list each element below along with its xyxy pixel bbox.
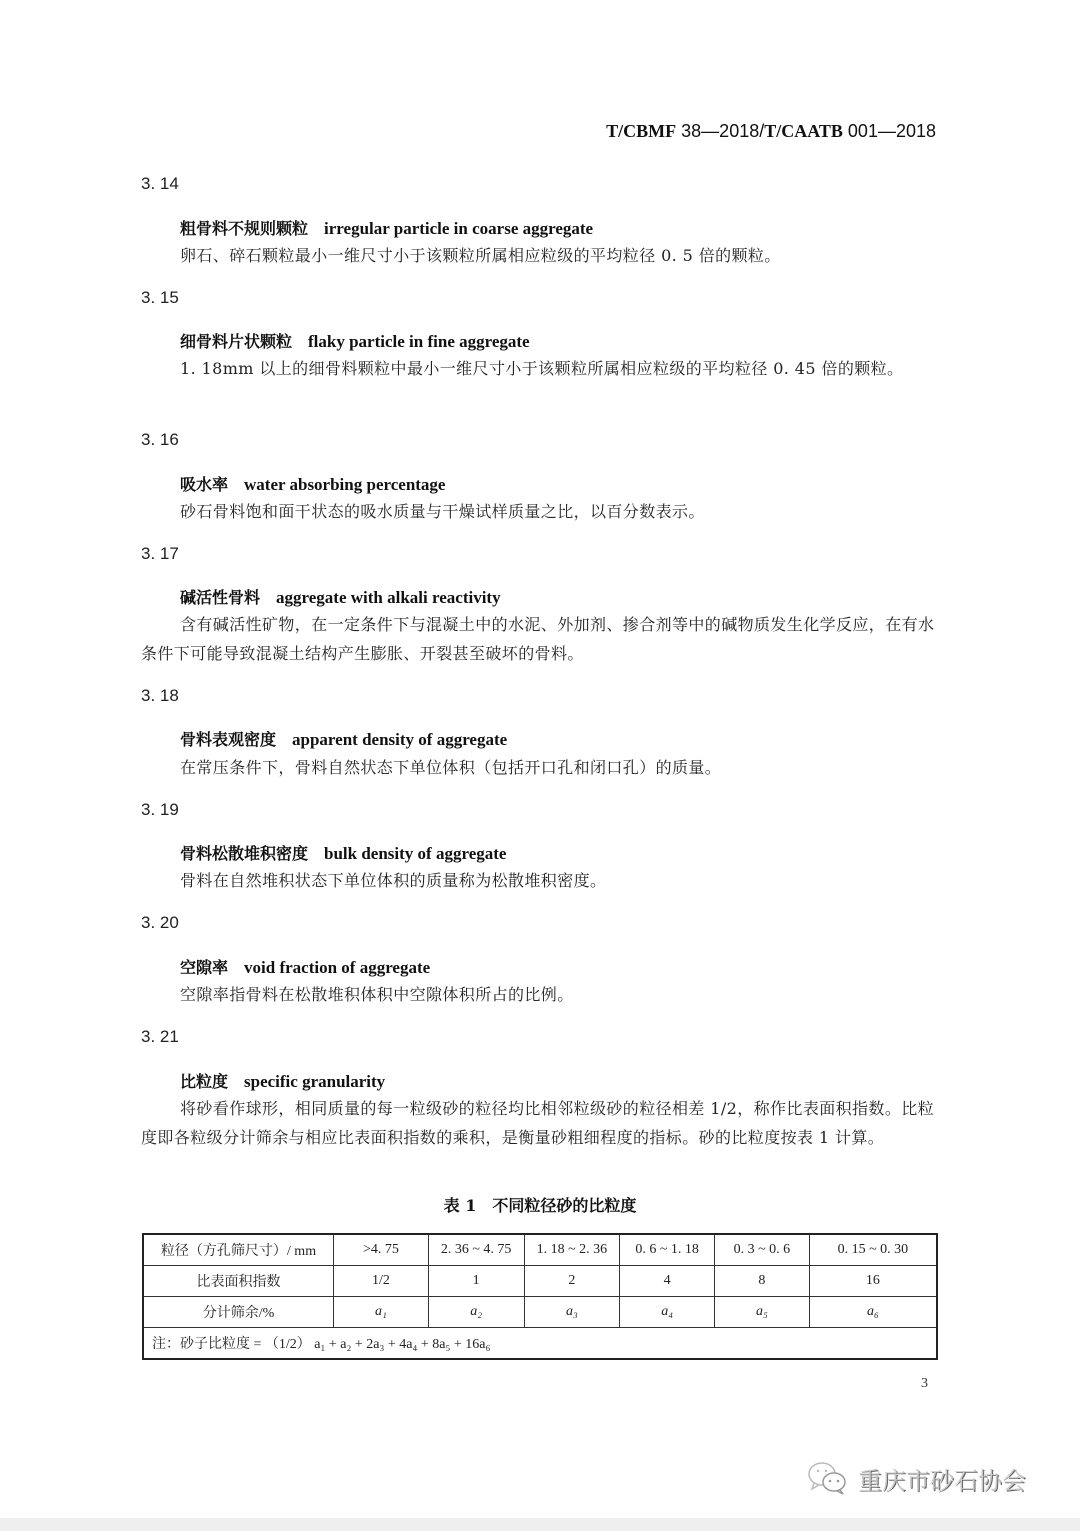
table-cell: 2. 36 ~ 4. 75 [428, 1234, 524, 1266]
table-cell: a₁ [334, 1297, 429, 1328]
term-definition: 砂石骨料饱和面干状态的吸水质量与干燥试样质量之比，以百分数表示。 [141, 497, 937, 526]
term-cn: 粗骨料不规则颗粒 [180, 219, 308, 238]
wechat-icon [806, 1460, 850, 1496]
table-cell: 4 [620, 1266, 715, 1297]
term-en: flaky particle in fine aggregate [308, 332, 530, 351]
term-en: water absorbing percentage [244, 475, 445, 494]
std1-number: 38—2018/ [676, 121, 764, 141]
section-number: 3. 21 [141, 1027, 179, 1047]
table-row: 比表面积指数 1/2 1 2 4 8 16 [143, 1266, 937, 1297]
term-definition: 在常压条件下，骨料自然状态下单位体积（包括开口孔和闭口孔）的质量。 [141, 753, 937, 782]
table-cell: 0. 6 ~ 1. 18 [620, 1234, 715, 1266]
table-cell: a₄ [620, 1297, 715, 1328]
standard-number-header: T/CBMF 38—2018/T/CAATB 001—2018 [606, 121, 936, 142]
term-cn: 碱活性骨料 [180, 588, 260, 607]
table-cell: 1/2 [334, 1266, 429, 1297]
table-row: 粒径（方孔筛尺寸）/ mm >4. 75 2. 36 ~ 4. 75 1. 18… [143, 1234, 937, 1266]
table-cell: 16 [809, 1266, 937, 1297]
specific-granularity-table: 粒径（方孔筛尺寸）/ mm >4. 75 2. 36 ~ 4. 75 1. 18… [142, 1233, 938, 1360]
table-row: 分计筛余/% a₁ a₂ a₃ a₄ a₅ a₆ [143, 1297, 937, 1328]
term-heading: 比粒度specific granularity [180, 1069, 385, 1092]
table-cell: a₃ [524, 1297, 620, 1328]
term-definition: 将砂看作球形，相同质量的每一粒级砂的粒径均比相邻粒级砂的粒径相差 1/2，称作比… [141, 1094, 937, 1152]
term-heading: 碱活性骨料aggregate with alkali reactivity [180, 585, 501, 608]
term-definition: 空隙率指骨料在松散堆积体积中空隙体积所占的比例。 [141, 980, 937, 1009]
table-cell: 2 [524, 1266, 620, 1297]
term-heading: 细骨料片状颗粒flaky particle in fine aggregate [180, 329, 530, 352]
term-en: aggregate with alkali reactivity [276, 588, 501, 607]
row-label: 粒径（方孔筛尺寸）/ mm [143, 1234, 334, 1266]
page-number: 3 [921, 1376, 928, 1392]
table-cell: a₂ [428, 1297, 524, 1328]
term-en: apparent density of aggregate [292, 730, 507, 749]
std2-prefix: T/CAATB [764, 121, 843, 141]
term-heading: 吸水率water absorbing percentage [180, 472, 445, 495]
row-label: 比表面积指数 [143, 1266, 334, 1297]
table-cell: 1 [428, 1266, 524, 1297]
term-cn: 骨料松散堆积密度 [180, 844, 308, 863]
term-en: specific granularity [244, 1072, 385, 1091]
section-number: 3. 18 [141, 686, 179, 706]
table-cell: a₅ [715, 1297, 810, 1328]
term-en: bulk density of aggregate [324, 844, 506, 863]
table-cell: 8 [715, 1266, 810, 1297]
term-en: void fraction of aggregate [244, 958, 430, 977]
term-cn: 吸水率 [180, 475, 228, 494]
table-cell: 0. 3 ~ 0. 6 [715, 1234, 810, 1266]
bottom-bar [0, 1518, 1080, 1531]
term-cn: 细骨料片状颗粒 [180, 332, 292, 351]
term-cn: 骨料表观密度 [180, 730, 276, 749]
document-page: T/CBMF 38—2018/T/CAATB 001—2018 3. 14 粗骨… [0, 0, 1080, 1531]
section-number: 3. 17 [141, 544, 179, 564]
std2-number: 001—2018 [843, 121, 936, 141]
section-number: 3. 19 [141, 800, 179, 820]
term-en: irregular particle in coarse aggregate [324, 219, 593, 238]
table-cell: a₆ [809, 1297, 937, 1328]
term-definition: 骨料在自然堆积状态下单位体积的质量称为松散堆积密度。 [141, 866, 937, 895]
term-cn: 空隙率 [180, 958, 228, 977]
section-number: 3. 16 [141, 430, 179, 450]
row-label: 分计筛余/% [143, 1297, 334, 1328]
term-heading: 骨料表观密度apparent density of aggregate [180, 727, 507, 750]
table-note: 注：砂子比粒度 = （1/2） a₁ + a₂ + 2a₃ + 4a₄ + 8a… [143, 1328, 937, 1360]
table-cell: 0. 15 ~ 0. 30 [809, 1234, 937, 1266]
term-definition: 含有碱活性矿物，在一定条件下与混凝土中的水泥、外加剂、掺合剂等中的碱物质发生化学… [141, 610, 937, 668]
section-number: 3. 15 [141, 288, 179, 308]
std1-prefix: T/CBMF [606, 121, 676, 141]
table-cell: 1. 18 ~ 2. 36 [524, 1234, 620, 1266]
table-cell: >4. 75 [334, 1234, 429, 1266]
watermark-text: 重庆市砂石协会 [858, 1461, 1026, 1496]
watermark: 重庆市砂石协会 [806, 1460, 1026, 1496]
section-number: 3. 14 [141, 174, 179, 194]
term-definition: 1. 18mm 以上的细骨料颗粒中最小一维尺寸小于该颗粒所属相应粒级的平均粒径 … [141, 354, 937, 383]
term-cn: 比粒度 [180, 1072, 228, 1091]
table-caption: 表 1 不同粒径砂的比粒度 [0, 1193, 1080, 1216]
table-note-row: 注：砂子比粒度 = （1/2） a₁ + a₂ + 2a₃ + 4a₄ + 8a… [143, 1328, 937, 1360]
term-heading: 空隙率void fraction of aggregate [180, 955, 430, 978]
section-number: 3. 20 [141, 913, 179, 933]
term-definition: 卵石、碎石颗粒最小一维尺寸小于该颗粒所属相应粒级的平均粒径 0. 5 倍的颗粒。 [141, 241, 937, 270]
term-heading: 骨料松散堆积密度bulk density of aggregate [180, 841, 506, 864]
term-heading: 粗骨料不规则颗粒irregular particle in coarse agg… [180, 216, 593, 239]
